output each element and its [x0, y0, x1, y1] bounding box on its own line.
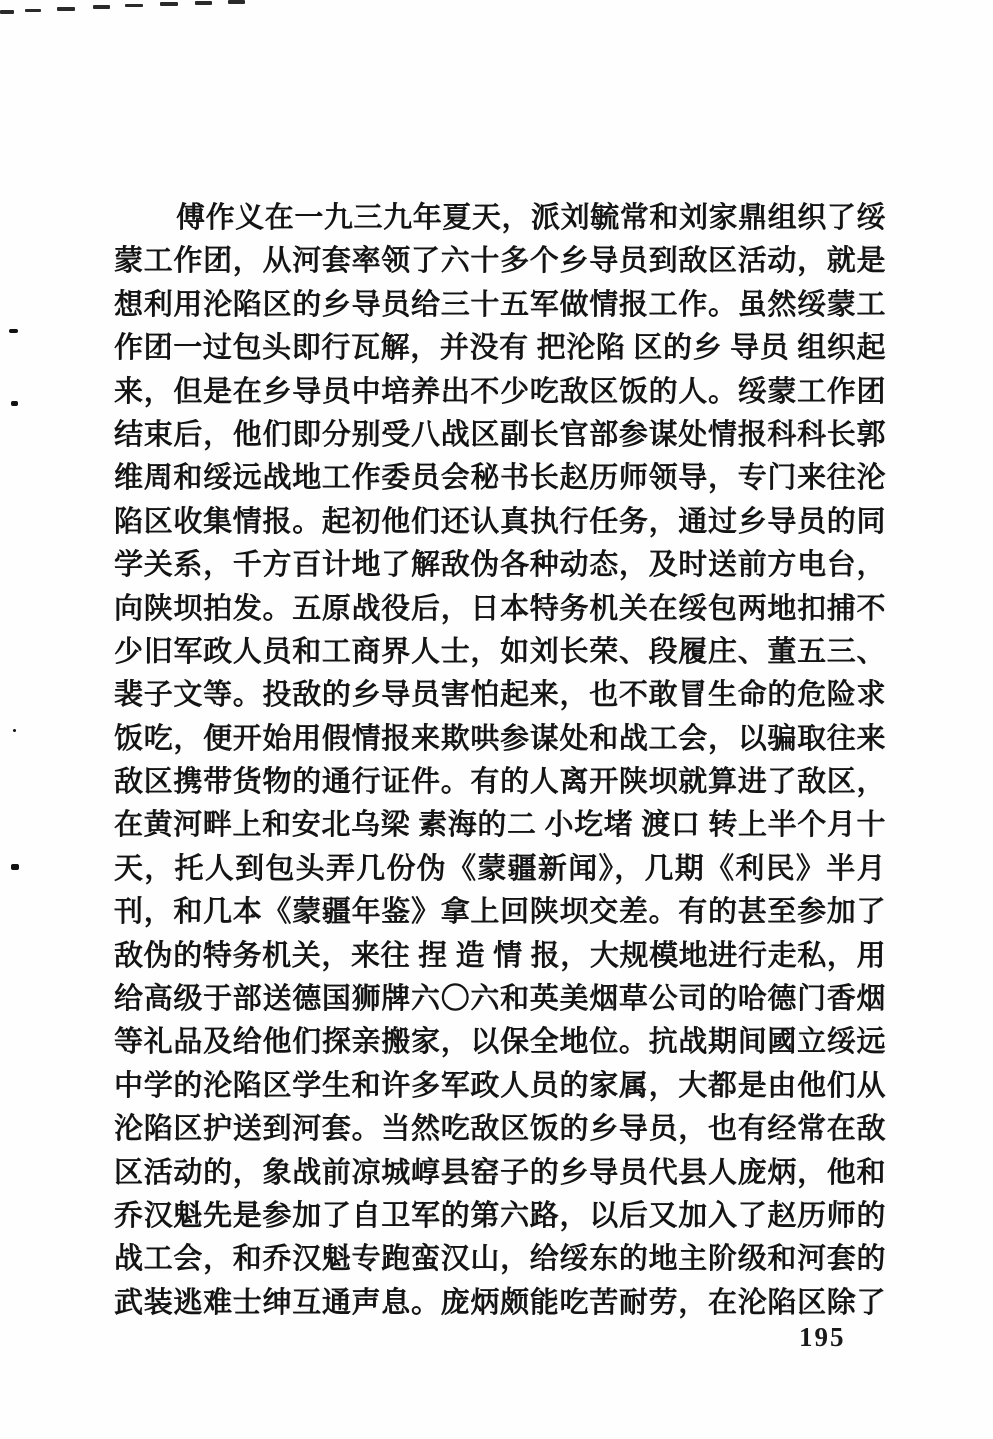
text-line: 学关系，千方百计地了解敌伪各种动态，及时送前方电台，	[114, 544, 886, 587]
text-line: 蒙工作团，从河套率领了六十多个乡导员到敌区活动，就是	[114, 240, 886, 283]
text-line: 裴子文等。投敌的乡导员害怕起来，也不敢冒生命的危险求	[114, 674, 886, 717]
text-line: 刊，和几本《蒙疆年鉴》拿上回陕坝交差。有的甚至参加了	[114, 891, 886, 934]
scan-dash-mark	[125, 4, 143, 7]
text-line: 战工会，和乔汉魁专跑蛮汉山，给绥东的地主阶级和河套的	[114, 1238, 886, 1281]
text-line: 中学的沦陷区学生和许多军政人员的家属，大都是由他们从	[114, 1065, 886, 1108]
scan-dash-mark	[195, 1, 212, 5]
text-line: 在黄河畔上和安北乌梁 素海的二 小圪堵 渡口 转上半个月十	[114, 804, 886, 847]
text-line: 想利用沦陷区的乡导员给三十五军做情报工作。虽然绥蒙工	[114, 284, 886, 327]
text-line: 作团一过包头即行瓦解，并没有 把沦陷 区的乡 导员 组织起	[114, 327, 886, 370]
text-line: 陷区收集情报。起初他们还认真执行任务，通过乡导员的同	[114, 501, 886, 544]
text-line: 给高级于部送德国狮牌六〇六和英美烟草公司的哈德门香烟	[114, 978, 886, 1021]
scan-speck-mark	[11, 401, 18, 406]
text-line: 天，托人到包头弄几份伪《蒙疆新闻》，几期《利民》半月	[114, 848, 886, 891]
text-line: 饭吃，便开始用假情报来欺哄参谋处和战工会，以骗取往来	[114, 718, 886, 761]
text-line: 向陕坝拍发。五原战役后，日本特务机关在绥包两地扣捕不	[114, 588, 886, 631]
scan-dash-mark	[228, 0, 245, 4]
text-line: 来，但是在乡导员中培养出不少吃敌区饭的人。绥蒙工作团	[114, 371, 886, 414]
scanned-book-page: 傅作义在一九三九年夏天，派刘毓常和刘家鼎组织了绥 蒙工作团，从河套率领了六十多个…	[0, 0, 993, 1439]
text-line: 维周和绥远战地工作委员会秘书长赵历师领导，专门来往沦	[114, 457, 886, 500]
scan-speck-mark	[9, 329, 18, 333]
text-line: 等礼品及给他们探亲搬家，以保全地位。抗战期间國立绥远	[114, 1021, 886, 1064]
scan-speck-mark	[11, 864, 19, 870]
text-line: 乔汉魁先是参加了自卫军的第六路，以后又加入了赵历师的	[114, 1195, 886, 1238]
text-line: 敌伪的特务机关，来往 捏 造 情 报，大规模地进行走私，用	[114, 935, 886, 978]
text-line: 少旧军政人员和工商界人士，如刘长荣、段履庄、董五三、	[114, 631, 886, 674]
text-line: 武装逃难士绅互通声息。庞炳颇能吃苦耐劳，在沦陷区除了	[114, 1282, 886, 1325]
text-line: 敌区携带货物的通行证件。有的人离开陕坝就算进了敌区，	[114, 761, 886, 804]
scan-dash-mark	[57, 7, 75, 11]
scan-speck-mark	[13, 729, 16, 732]
scan-dash-mark	[160, 2, 178, 6]
scan-dash-mark	[93, 5, 110, 9]
text-line: 区活动的，象战前凉城崞县窑子的乡导员代县人庞炳，他和	[114, 1152, 886, 1195]
text-line: 沦陷区护送到河套。当然吃敌区饭的乡导员，也有经常在敌	[114, 1108, 886, 1151]
text-line: 结束后，他们即分别受八战区副长官部参谋处情报科科长郭	[114, 414, 886, 457]
text-line: 傅作义在一九三九年夏天，派刘毓常和刘家鼎组织了绥	[114, 197, 886, 240]
body-text: 傅作义在一九三九年夏天，派刘毓常和刘家鼎组织了绥 蒙工作团，从河套率领了六十多个…	[114, 197, 886, 1325]
scan-dash-mark	[0, 10, 14, 14]
page-number: 195	[799, 1322, 846, 1353]
scan-dash-mark	[25, 9, 41, 12]
